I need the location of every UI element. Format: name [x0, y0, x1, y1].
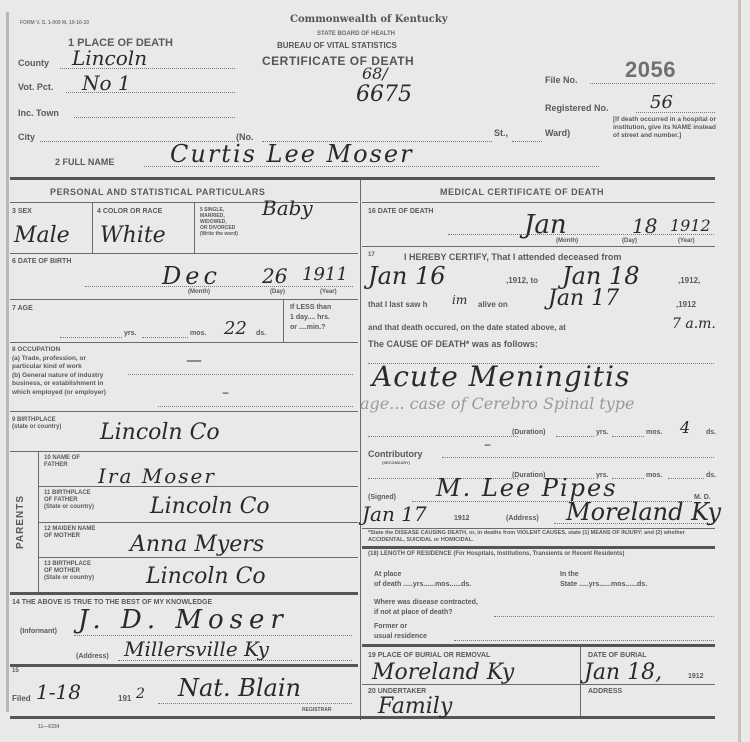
sex-label: 3 SEX — [12, 208, 32, 215]
occupation-heading: 8 OCCUPATION — [12, 346, 106, 355]
cause-faint-annotation: age... case of Cerebro Spinal type — [360, 394, 634, 413]
registered-no-label: Registered No. — [545, 103, 609, 113]
duration-ds-label: ds. — [706, 429, 716, 436]
certify-section-no: 17 — [368, 252, 375, 258]
date-of-death-year: 1912 — [670, 216, 711, 235]
line — [668, 478, 704, 479]
age-days-value: 22 — [224, 318, 247, 339]
death-time-value: 7 a.m. — [672, 316, 716, 332]
duration-yrs-line — [556, 436, 594, 437]
occupation-a-line: (a) Trade, profession, or — [12, 355, 106, 364]
parents-label: PARENTS — [15, 495, 26, 549]
line — [10, 299, 358, 300]
mother-name-value: Anna Myers — [130, 532, 264, 557]
age-yrs-line — [60, 337, 122, 338]
signed-date: Jan 17 — [362, 502, 427, 526]
ds-label-2: ds. — [706, 472, 716, 479]
vot-pct-value: No 1 — [82, 71, 131, 95]
occupation-b-line — [158, 406, 353, 407]
state-board-heading: STATE BOARD OF HEALTH — [317, 31, 395, 37]
file-no-line — [590, 83, 715, 84]
divider — [283, 300, 284, 342]
father-birthplace-label: 11 BIRTHPLACE OF FATHER (State or countr… — [44, 490, 94, 511]
parents-bottom-divider — [10, 592, 358, 595]
death-time-label: and that death occured, on the date stat… — [368, 323, 566, 332]
occupation-b-value: – — [222, 385, 229, 401]
undertaker-address-label: ADDRESS — [588, 688, 622, 695]
label-line: 11 BIRTHPLACE — [44, 490, 94, 497]
label-line: 10 NAME OF — [44, 455, 80, 462]
duration-mos-value: 4 — [680, 418, 690, 437]
contributory-value: – — [484, 437, 491, 453]
contributory-label: Contributory — [368, 449, 423, 459]
personal-heading: PERSONAL AND STATISTICAL PARTICULARS — [50, 187, 265, 197]
burial-year-value: 1912 — [688, 673, 704, 680]
county-value: Lincoln — [72, 46, 147, 70]
filed-label: Filed — [12, 694, 31, 703]
label-line: State .....yrs......mos......ds. — [560, 580, 647, 590]
less-than-line: If LESS than — [290, 303, 331, 313]
label-line: OF MOTHER — [44, 568, 94, 575]
attended-to-year: ,1912, — [678, 276, 700, 285]
residence-heading: (18) LENGTH OF RESIDENCE (For Hospitals,… — [368, 551, 714, 558]
less-than-day-label: If LESS than 1 day.... hrs. or ....min.? — [290, 303, 331, 333]
vot-pct-label: Vot. Pct. — [18, 82, 53, 92]
cause-line-2 — [368, 436, 518, 437]
label-line: FATHER — [44, 462, 80, 469]
file-no-stamp: 2056 — [625, 57, 676, 83]
signed-address-value: Moreland Ky — [566, 498, 721, 526]
label-line: if not at place of death? — [374, 608, 478, 618]
registered-no-line — [636, 112, 715, 113]
birthplace-label: 9 BIRTHPLACE (state or country) — [12, 417, 61, 431]
filed-date-value: 1-18 — [36, 680, 81, 704]
date-of-death-label: 16 DATE OF DEATH — [368, 208, 433, 215]
age-ds-label: ds. — [256, 330, 266, 337]
last-saw-pronoun: im — [452, 293, 467, 307]
age-mos-line — [142, 337, 188, 338]
undertaker-value: Family — [378, 694, 452, 719]
occupation-a-value: — — [186, 350, 202, 369]
left-margin-edge — [6, 12, 9, 712]
burial-date-label: DATE OF BURIAL — [588, 652, 647, 659]
race-label: 4 COLOR OR RACE — [97, 208, 162, 215]
divider — [580, 647, 581, 716]
mos-label-2: mos. — [646, 472, 662, 479]
divider — [92, 203, 93, 253]
dod-day-caption: (Day) — [622, 238, 637, 244]
full-name-value: Curtis Lee Moser — [170, 140, 414, 168]
label-line: In the — [560, 570, 647, 580]
label-line: 13 BIRTHPLACE — [44, 561, 94, 568]
right-margin-edge — [738, 0, 741, 742]
line — [362, 528, 715, 529]
where-contracted-label: Where was disease contracted, if not at … — [374, 598, 478, 618]
attended-from-year: ,1912, to — [506, 276, 538, 285]
birthplace-label-line: 9 BIRTHPLACE — [12, 417, 61, 424]
mother-name-label: 12 MAIDEN NAME OF MOTHER — [44, 526, 95, 540]
registrar-label: REGISTRAR — [302, 707, 331, 713]
hospital-note: [If death occurred in a hospital or inst… — [613, 116, 716, 140]
in-state-label: In the State .....yrs......mos......ds. — [560, 570, 647, 590]
sex-value: Male — [14, 223, 70, 248]
mother-birthplace-label: 13 BIRTHPLACE OF MOTHER (State or countr… — [44, 561, 94, 582]
occupation-b-line: business, or establishment in — [12, 380, 106, 389]
birthplace-value: Lincoln Co — [100, 420, 220, 445]
attended-from-date: Jan 16 — [368, 262, 446, 290]
line — [362, 246, 715, 247]
dob-label: 6 DATE OF BIRTH — [12, 258, 71, 265]
where-contracted-line — [494, 616, 714, 617]
age-mos-label: mos. — [190, 330, 206, 337]
burial-date-value: Jan 18, — [584, 660, 662, 685]
dod-month-caption: (Month) — [556, 238, 578, 244]
mother-birthplace-value: Lincoln Co — [146, 564, 266, 589]
label-line: Former or — [374, 622, 427, 632]
line — [362, 202, 715, 203]
label-line: OF FATHER — [44, 497, 94, 504]
line — [362, 644, 715, 647]
father-name-label: 10 NAME OF FATHER — [44, 455, 80, 469]
center-column-divider — [360, 180, 361, 720]
occupation-a-line: particular kind of work — [12, 363, 106, 372]
informant-address-value: Millersville Ky — [124, 637, 269, 661]
filed-year-suffix: 2 — [136, 686, 145, 702]
line — [362, 684, 715, 685]
filed-year-prefix: 191 — [118, 694, 131, 703]
date-of-death-month: Jan — [524, 210, 567, 240]
state-disease-note: *State the DISEASE CAUSING DEATH, or, in… — [368, 530, 714, 544]
footer-code: 11—6334 — [38, 724, 59, 730]
registered-no-value: 56 — [650, 92, 673, 113]
last-saw-label: that I last saw h — [368, 300, 428, 309]
label-line: At place — [374, 570, 471, 580]
duration-label: (Duration) — [512, 429, 545, 436]
label-line: OF MOTHER — [44, 533, 95, 540]
last-saw-date: Jan 17 — [548, 286, 619, 311]
secondary-label: (SECONDARY) — [382, 460, 410, 465]
label-line: Where was disease contracted, — [374, 598, 478, 608]
occupation-label: 8 OCCUPATION (a) Trade, profession, or p… — [12, 346, 106, 397]
dob-month: Dec — [162, 262, 221, 290]
line — [38, 522, 358, 523]
header-divider — [10, 177, 715, 180]
date-of-death-day: 18 — [632, 214, 657, 238]
informant-label: (Informant) — [20, 628, 57, 635]
occupation-a-line — [128, 374, 353, 375]
ward-line — [512, 141, 542, 142]
informant-line — [74, 635, 352, 636]
dob-day: 26 — [262, 264, 287, 288]
full-name-label: 2 FULL NAME — [55, 157, 114, 167]
label-line: 12 MAIDEN NAME — [44, 526, 95, 533]
line — [10, 451, 358, 452]
bureau-heading: BUREAU OF VITAL STATISTICS — [277, 41, 397, 50]
cause-primary: Acute Meningitis — [372, 360, 630, 393]
filed-section-no: 15 — [12, 668, 19, 674]
line — [10, 411, 358, 412]
signed-year: 1912 — [454, 515, 470, 522]
contributory-line — [442, 457, 714, 458]
informant-value: J. D. Moser — [78, 605, 289, 635]
label-line: (State or country) — [44, 575, 94, 582]
marital-label-line: (Write the word) — [200, 231, 238, 237]
line — [10, 342, 358, 343]
former-residence-label: Former or usual residence — [374, 622, 427, 642]
informant-address-label: (Address) — [76, 653, 109, 660]
dod-year-caption: (Year) — [678, 238, 695, 244]
certificate-title: CERTIFICATE OF DEATH — [262, 54, 414, 68]
last-saw-year: ,1912 — [676, 300, 696, 309]
inc-town-label: Inc. Town — [18, 108, 59, 118]
informant-bottom-divider — [10, 664, 358, 667]
label-line: of death .....yrs......mos......ds. — [374, 580, 471, 590]
birthplace-label-line: (state or country) — [12, 424, 61, 431]
medical-heading: MEDICAL CERTIFICATE OF DEATH — [440, 187, 604, 197]
dob-month-caption: (Month) — [188, 289, 210, 295]
occupation-b-line: which employed (or employer) — [12, 389, 106, 398]
label-line: usual residence — [374, 632, 427, 642]
hand-number-bottom: 6675 — [356, 82, 412, 107]
race-value: White — [100, 223, 166, 248]
less-than-line: or ....min.? — [290, 323, 331, 333]
duration-mos-label: mos. — [646, 429, 662, 436]
divider — [194, 203, 195, 253]
less-than-line: 1 day.... hrs. — [290, 313, 331, 323]
duration-yrs-label: yrs. — [596, 429, 608, 436]
dob-year: 1911 — [302, 264, 348, 285]
city-label: City — [18, 132, 35, 142]
age-label: 7 AGE — [12, 305, 33, 312]
bottom-divider — [10, 716, 715, 719]
file-no-label: File No. — [545, 75, 578, 85]
marital-label: 5 SINGLE, MARRIED, WIDOWED, OR DIVORCED … — [200, 207, 238, 237]
father-birthplace-value: Lincoln Co — [150, 494, 270, 519]
last-saw-label-2: alive on — [478, 300, 508, 309]
commonwealth-heading: Commonwealth of Kentucky — [290, 14, 448, 25]
dob-day-caption: (Day) — [270, 289, 285, 295]
marital-value: Baby — [262, 196, 313, 220]
county-label: County — [18, 58, 49, 68]
burial-place-value: Moreland Ky — [372, 660, 514, 685]
cause-label: The CAUSE OF DEATH* was as follows: — [368, 339, 538, 349]
former-residence-line — [454, 640, 714, 641]
duration-mos-line — [612, 436, 644, 437]
hand-number-top: 68/ — [362, 64, 388, 83]
father-name-value: Ira Moser — [98, 464, 216, 488]
line — [362, 546, 715, 549]
registrar-signature: Nat. Blain — [178, 674, 301, 702]
dob-year-caption: (Year) — [320, 289, 337, 295]
line — [10, 253, 358, 254]
certify-text: I HEREBY CERTIFY, That I attended deceas… — [404, 252, 621, 262]
inc-town-line — [74, 117, 235, 118]
signed-label: (Signed) — [368, 494, 396, 501]
form-code: FORM V. S. 1-000 M, 10-10-10 — [20, 20, 89, 26]
age-yrs-label: yrs. — [124, 330, 136, 337]
registrar-line — [158, 703, 352, 704]
signed-address-label: (Address) — [506, 515, 539, 522]
burial-place-label: 19 PLACE OF BURIAL OR REMOVAL — [368, 652, 490, 659]
ward-label: Ward) — [545, 128, 570, 138]
line — [38, 486, 358, 487]
at-place-of-death-label: At place of death .....yrs......mos.....… — [374, 570, 471, 590]
occupation-b-line: (b) General nature of industry — [12, 372, 106, 381]
street-label: St., — [494, 128, 508, 138]
line — [38, 557, 358, 558]
label-line: (State or country) — [44, 504, 94, 511]
